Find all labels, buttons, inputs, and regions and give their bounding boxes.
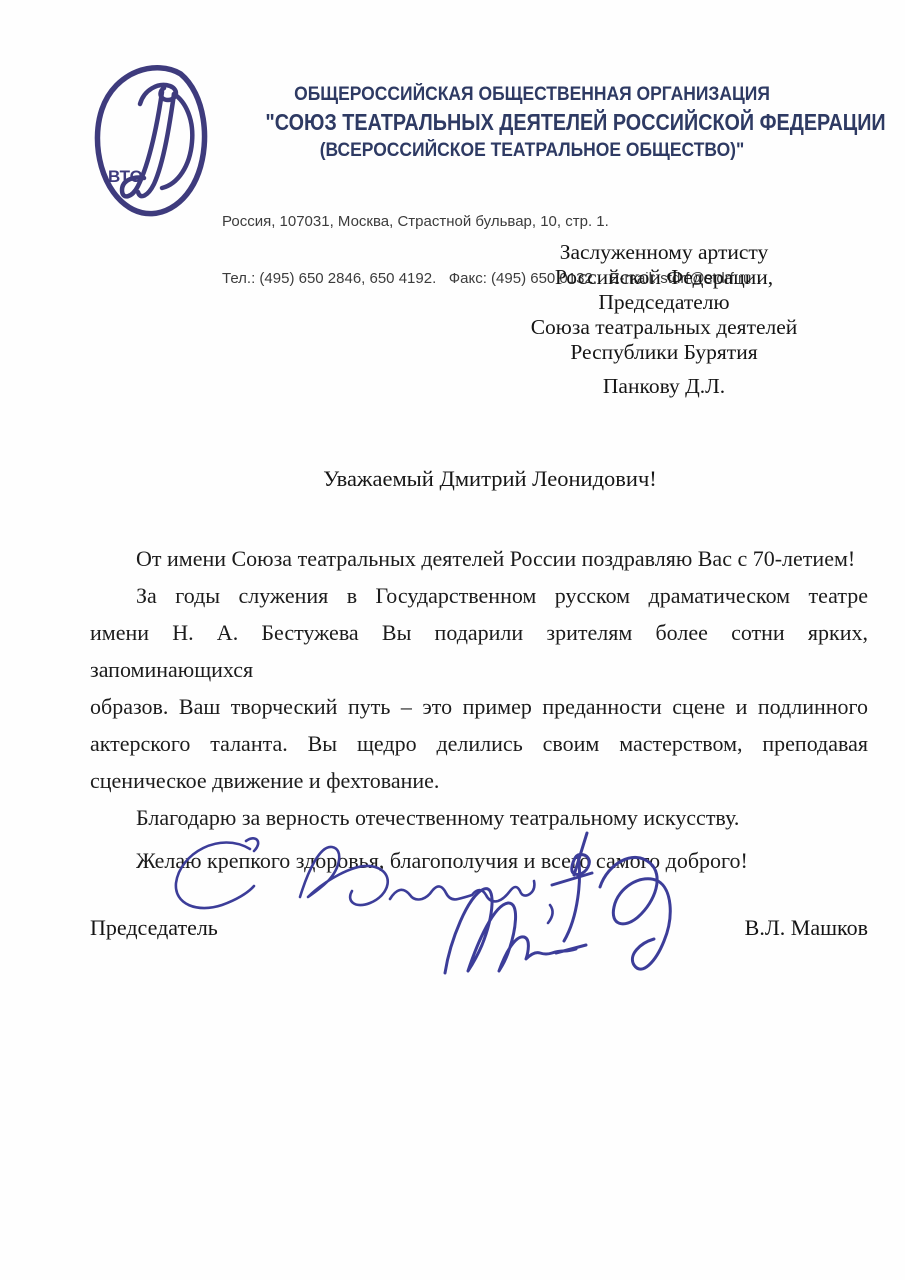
letter-body: От имени Союза театральных деятелей Росс… xyxy=(90,540,868,879)
signer-name: В.Л. Машков xyxy=(745,915,868,941)
recipient-block: Заслуженному артисту Российской Федераци… xyxy=(528,240,800,399)
body-line: сценическое движение и фехтование. xyxy=(90,762,868,799)
paragraph-wishes: Желаю крепкого здоровья, благополучия и … xyxy=(90,842,868,879)
body-line: образов. Ваш творческий путь – это приме… xyxy=(90,688,868,725)
logo-text: ВТО xyxy=(108,167,143,186)
recipient-line: Союза театральных деятелей xyxy=(528,315,800,340)
body-line: имени Н. А. Бестужева Вы подарили зрител… xyxy=(90,614,868,688)
letter-page: ВТО ОБЩЕРОССИЙСКАЯ ОБЩЕСТВЕННАЯ ОРГАНИЗА… xyxy=(0,0,905,1280)
signer-row: Председатель В.Л. Машков xyxy=(90,915,868,941)
recipient-line: Российской Федерации, xyxy=(528,265,800,290)
signer-position: Председатель xyxy=(90,915,218,941)
org-type-line: ОБЩЕРОССИЙСКАЯ ОБЩЕСТВЕННАЯ ОРГАНИЗАЦИЯ xyxy=(247,84,817,106)
recipient-name: Панкову Д.Л. xyxy=(528,374,800,399)
paragraph-greeting: От имени Союза театральных деятелей Росс… xyxy=(90,540,868,577)
body-line: актерского таланта. Вы щедро делились св… xyxy=(90,725,868,762)
paragraph-thanks: Благодарю за верность отечественному теа… xyxy=(90,799,868,836)
org-address: Россия, 107031, Москва, Страстной бульва… xyxy=(222,212,842,231)
recipient-line: Председателю xyxy=(528,290,800,315)
salutation: Уважаемый Дмитрий Леонидович! xyxy=(90,466,890,492)
recipient-line: Республики Бурятия xyxy=(528,340,800,365)
recipient-line: Заслуженному артисту xyxy=(528,240,800,265)
org-society-line: (ВСЕРОССИЙСКОЕ ТЕАТРАЛЬНОЕ ОБЩЕСТВО)" xyxy=(247,140,817,162)
body-line: За годы служения в Государственном русск… xyxy=(90,577,868,614)
org-name-line: "СОЮЗ ТЕАТРАЛЬНЫХ ДЕЯТЕЛЕЙ РОССИЙСКОЙ ФЕ… xyxy=(265,109,798,136)
vto-logo-icon: ВТО xyxy=(82,58,232,220)
